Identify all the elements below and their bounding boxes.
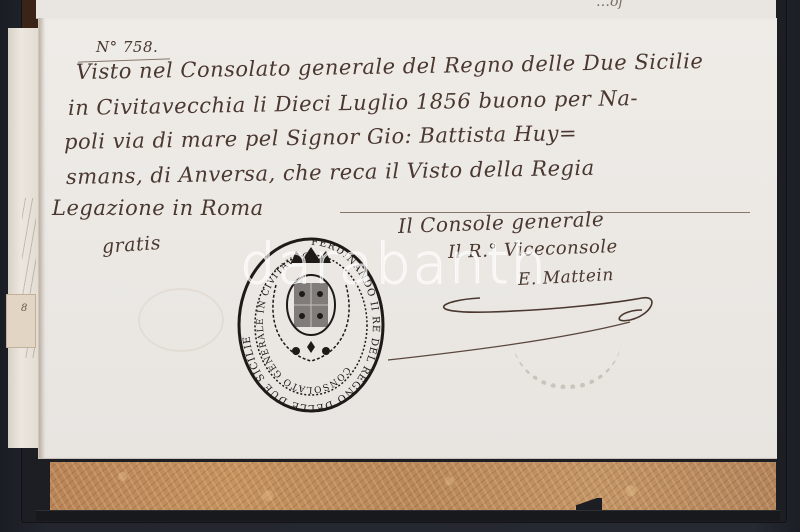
page-gutter-shadow	[39, 18, 45, 458]
previous-page-edge: …of	[36, 0, 776, 19]
cover-bottom-edge	[36, 510, 780, 521]
entry-number: N° 758.	[96, 38, 158, 56]
page-stack-left	[8, 28, 41, 448]
faint-stamp-ghost	[138, 288, 224, 352]
text-line-5: Legazione in Roma	[52, 196, 264, 220]
tab-ink: 8	[21, 303, 27, 314]
paper-tab: 8	[6, 294, 36, 348]
document-photo: …of 8 N° 758. Visto nel Consolato genera…	[0, 0, 800, 532]
fee-note: gratis	[101, 232, 161, 258]
watermark: darabanth	[240, 232, 548, 297]
previous-page-ink: …of	[596, 0, 624, 10]
marbled-page-edge	[50, 462, 776, 510]
